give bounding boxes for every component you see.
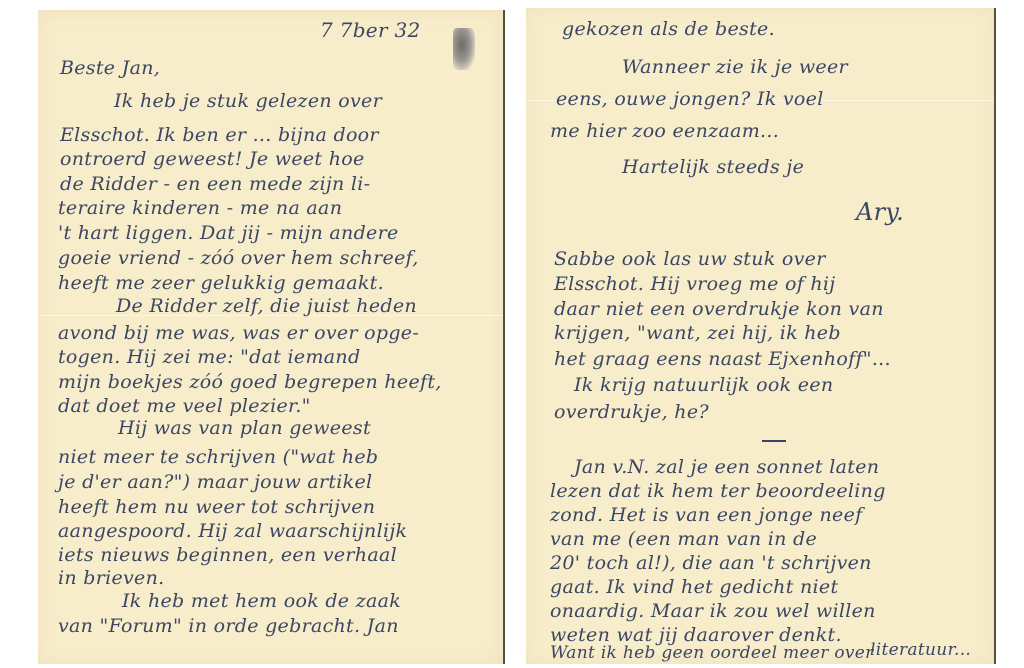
- postscript-line: Sabbe ook las uw stuk over: [554, 248, 826, 270]
- letter-line: gekozen als de beste.: [562, 18, 775, 40]
- letter-line: togen. Hij zei me: "dat iemand: [58, 346, 360, 368]
- letter-line: mijn boekjes zóó goed begrepen heeft,: [58, 371, 442, 393]
- letter-line: Ik heb je stuk gelezen over: [114, 90, 382, 112]
- section-divider: [762, 440, 786, 442]
- letter-line: heeft hem nu weer tot schrijven: [58, 496, 375, 518]
- postscript-line: daar niet een overdrukje kon van: [554, 298, 884, 320]
- letter-line: Hij was van plan geweest: [118, 417, 371, 439]
- letter-line: Wanneer zie ik je weer: [622, 56, 848, 78]
- postscript-line: het graag eens naast Ejxenhoff"...: [554, 348, 891, 370]
- signature: Ary.: [856, 198, 904, 226]
- letter-line: de Ridder - en een mede zijn li-: [60, 173, 370, 195]
- postscript-line: van me (een man van in de: [550, 528, 817, 550]
- salutation: Beste Jan,: [60, 57, 160, 79]
- postscript-line: overdrukje, he?: [554, 401, 709, 423]
- letter-line: goeie vriend - zóó over hem schreef,: [58, 247, 419, 269]
- letter-line: me hier zoo eenzaam...: [550, 120, 779, 142]
- ink-stamp-mark: [453, 28, 475, 70]
- postscript-line: krijgen, "want, zei hij, ik heb: [554, 322, 841, 344]
- postscript-line: Elsschot. Hij vroeg me of hij: [554, 273, 835, 295]
- postscript-line: literatuur...: [870, 640, 971, 660]
- letter-line: iets nieuws beginnen, een verhaal: [58, 544, 397, 566]
- letter-line: je d'er aan?") maar jouw artikel: [58, 471, 372, 493]
- postscript-line: Ik krijg natuurlijk ook een: [574, 374, 833, 396]
- letter-line: van "Forum" in orde gebracht. Jan: [58, 615, 399, 637]
- letter-line: eens, ouwe jongen? Ik voel: [556, 88, 824, 110]
- letter-page-right: gekozen als de beste. Wanneer zie ik je …: [526, 8, 996, 664]
- letter-line: niet meer te schrijven ("wat heb: [58, 446, 378, 468]
- letter-line: teraire kinderen - me na aan: [58, 197, 342, 219]
- letter-date: 7 7ber 32: [320, 18, 421, 42]
- postscript-line: onaardig. Maar ik zou wel willen: [550, 600, 876, 622]
- letter-line: heeft me zeer gelukkig gemaakt.: [58, 272, 384, 294]
- postscript-line: Jan v.N. zal je een sonnet laten: [574, 456, 879, 478]
- letter-line: aangespoord. Hij zal waarschijnlijk: [58, 520, 407, 542]
- letter-line: 't hart liggen. Dat jij - mijn andere: [58, 222, 399, 244]
- letter-line: Ik heb met hem ook de zaak: [122, 590, 401, 612]
- postscript-line: zond. Het is van een jonge neef: [550, 504, 862, 526]
- letter-line: dat doet me veel plezier.": [58, 395, 311, 417]
- letter-line: ontroerd geweest! Je weet hoe: [60, 148, 365, 170]
- postscript-line: lezen dat ik hem ter beoordeeling: [550, 480, 886, 502]
- letter-line: Elsschot. Ik ben er ... bijna door: [60, 124, 379, 146]
- postscript-line: gaat. Ik vind het gedicht niet: [550, 576, 838, 598]
- letter-line: De Ridder zelf, die juist heden: [116, 295, 417, 317]
- postscript-line: Want ik heb geen oordeel meer over: [550, 643, 874, 663]
- letter-line: avond bij me was, was er over opge-: [58, 322, 419, 344]
- postscript-line: 20' toch al!), die aan 't schrijven: [550, 552, 872, 574]
- letter-page-left: 7 7ber 32 Beste Jan, Ik heb je stuk gele…: [38, 10, 505, 664]
- letter-line: in brieven.: [58, 567, 164, 589]
- closing-line: Hartelijk steeds je: [622, 156, 804, 178]
